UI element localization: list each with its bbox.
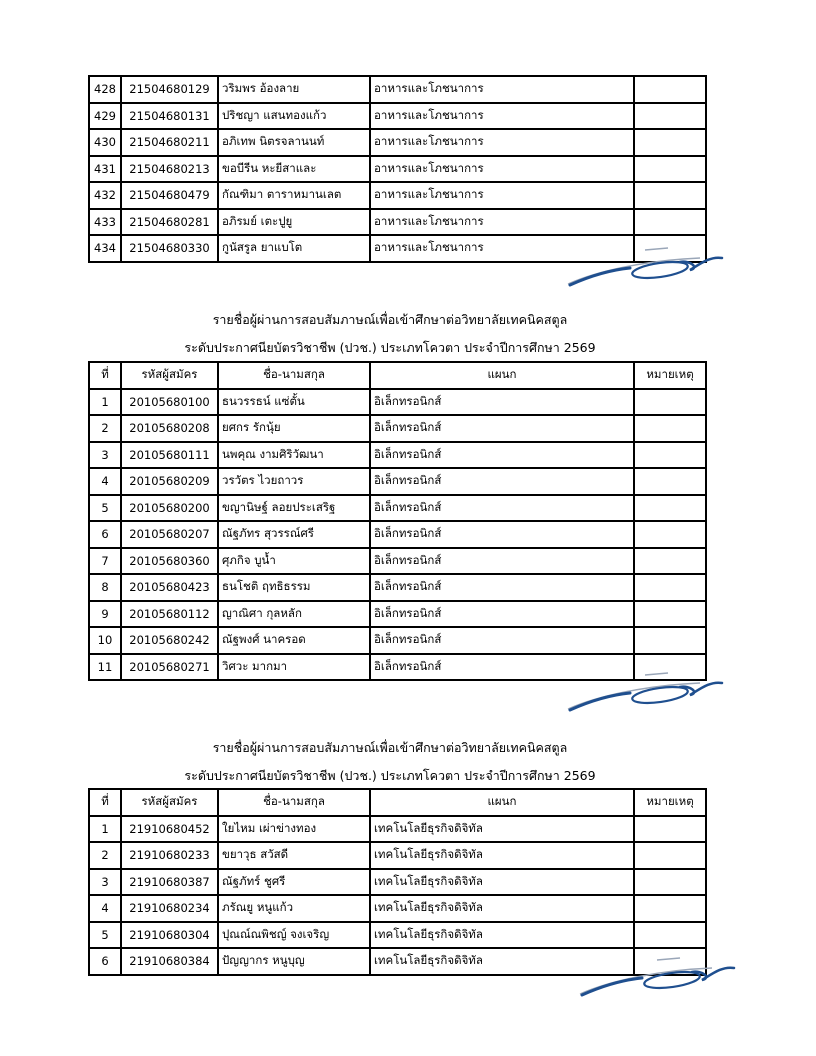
applicant-id: 21910680304 — [121, 922, 218, 949]
table-header-row: ที่ รหัสผู้สมัคร ชื่อ-นามสกุล แผนก หมายเ… — [89, 362, 706, 389]
remark — [634, 574, 706, 601]
department: อิเล็กทรอนิกส์ — [370, 627, 634, 654]
table-row: 1020105680242ณัฐพงศ์ นาครอดอิเล็กทรอนิกส… — [89, 627, 706, 654]
applicant-id: 21504680281 — [121, 209, 218, 236]
table-row: 320105680111นพคุณ งามศิริวัฒนาอิเล็กทรอน… — [89, 442, 706, 469]
applicant-name: อภิรมย์ เตะปูยู — [218, 209, 370, 236]
applicant-name: ใยไหม เผ่าข่างทอง — [218, 816, 370, 843]
table-header-row: ที่ รหัสผู้สมัคร ชื่อ-นามสกุล แผนก หมายเ… — [89, 789, 706, 816]
applicant-id: 20105680208 — [121, 415, 218, 442]
applicant-id: 21910680452 — [121, 816, 218, 843]
applicant-name: วรวัตร ไวยถาวร — [218, 468, 370, 495]
header-id: รหัสผู้สมัคร — [121, 362, 218, 389]
row-number: 1 — [89, 389, 121, 416]
applicant-id: 21504680211 — [121, 129, 218, 156]
table-row: 321910680387ณัฐภัทร์ ชูศรีเทคโนโลยีธุรกิ… — [89, 869, 706, 896]
header-note: หมายเหตุ — [634, 789, 706, 816]
header-dept: แผนก — [370, 362, 634, 389]
applicant-id: 21504680330 — [121, 235, 218, 262]
department: อาหารและโภชนาการ — [370, 103, 634, 130]
department: อาหารและโภชนาการ — [370, 209, 634, 236]
applicant-id: 20105680423 — [121, 574, 218, 601]
row-number: 3 — [89, 442, 121, 469]
department: อิเล็กทรอนิกส์ — [370, 468, 634, 495]
remark — [634, 842, 706, 869]
table-row: 920105680112ญาณิศา กุลหลักอิเล็กทรอนิกส์ — [89, 601, 706, 628]
applicant-id: 20105680242 — [121, 627, 218, 654]
applicant-name: กัณฑิมา ตาราหมานเลต — [218, 182, 370, 209]
department: เทคโนโลยีธุรกิจดิจิทัล — [370, 895, 634, 922]
department: อิเล็กทรอนิกส์ — [370, 442, 634, 469]
row-number: 6 — [89, 521, 121, 548]
department: อิเล็กทรอนิกส์ — [370, 574, 634, 601]
table-row: 820105680423ธนโชติ ฤทธิธรรมอิเล็กทรอนิกส… — [89, 574, 706, 601]
applicant-name: ศุภกิจ บูน้ำ — [218, 548, 370, 575]
applicant-name: ณัฐภัทร สุวรรณ์ศรี — [218, 521, 370, 548]
applicant-id: 20105680200 — [121, 495, 218, 522]
row-number: 8 — [89, 574, 121, 601]
applicant-name: ญาณิศา กุลหลัก — [218, 601, 370, 628]
row-number: 3 — [89, 869, 121, 896]
row-number: 5 — [89, 495, 121, 522]
applicant-id: 21504680213 — [121, 156, 218, 183]
applicant-name: อภิเทพ นิตรจลานนท์ — [218, 129, 370, 156]
remark — [634, 182, 706, 209]
remark — [634, 627, 706, 654]
applicant-name: วริมพร อ้องลาย — [218, 76, 370, 103]
remark — [634, 156, 706, 183]
department: อิเล็กทรอนิกส์ — [370, 521, 634, 548]
row-number: 2 — [89, 842, 121, 869]
applicant-name: วิศวะ มากมา — [218, 654, 370, 681]
header-no: ที่ — [89, 789, 121, 816]
signature-icon — [572, 950, 742, 1000]
applicant-name: นพคุณ งามศิริวัฒนา — [218, 442, 370, 469]
remark — [634, 548, 706, 575]
applicant-id: 20105680360 — [121, 548, 218, 575]
applicant-id: 20105680100 — [121, 389, 218, 416]
table-food-nutrition: 42821504680129วริมพร อ้องลายอาหารและโภชน… — [88, 75, 707, 263]
department: อิเล็กทรอนิกส์ — [370, 548, 634, 575]
table-digital-business: ที่ รหัสผู้สมัคร ชื่อ-นามสกุล แผนก หมายเ… — [88, 788, 707, 976]
table-row: 43121504680213ขอบีรีน หะยีสาและอาหารและโ… — [89, 156, 706, 183]
row-number: 11 — [89, 654, 121, 681]
header-name: ชื่อ-นามสกุล — [218, 362, 370, 389]
row-number: 5 — [89, 922, 121, 949]
header-name: ชื่อ-นามสกุล — [218, 789, 370, 816]
row-number: 4 — [89, 895, 121, 922]
table-body: 120105680100ธนวรรธน์ แซ่ตั้นอิเล็กทรอนิก… — [89, 389, 706, 681]
department: อิเล็กทรอนิกส์ — [370, 415, 634, 442]
section-title: รายชื่อผู้ผ่านการสอบสัมภาษณ์เพื่อเข้าศึก… — [0, 310, 780, 330]
section-title: รายชื่อผู้ผ่านการสอบสัมภาษณ์เพื่อเข้าศึก… — [0, 738, 780, 758]
header-id: รหัสผู้สมัคร — [121, 789, 218, 816]
remark — [634, 129, 706, 156]
applicant-name: ปริชญา แสนทองแก้ว — [218, 103, 370, 130]
applicant-id: 20105680112 — [121, 601, 218, 628]
department: อาหารและโภชนาการ — [370, 76, 634, 103]
remark — [634, 922, 706, 949]
table-row: 620105680207ณัฐภัทร สุวรรณ์ศรีอิเล็กทรอน… — [89, 521, 706, 548]
table-row: 720105680360ศุภกิจ บูน้ำอิเล็กทรอนิกส์ — [89, 548, 706, 575]
table-row: 220105680208ยศกร รักนุ้ยอิเล็กทรอนิกส์ — [89, 415, 706, 442]
section-subtitle: ระดับประกาศนียบัตรวิชาชีพ (ปวช.) ประเภทโ… — [0, 766, 780, 786]
table-electronics: ที่ รหัสผู้สมัคร ชื่อ-นามสกุล แผนก หมายเ… — [88, 361, 707, 681]
row-number: 2 — [89, 415, 121, 442]
row-number: 7 — [89, 548, 121, 575]
applicant-name: ภรัณยู หนูแก้ว — [218, 895, 370, 922]
signature-icon — [560, 665, 730, 715]
table-row: 421910680234ภรัณยู หนูแก้วเทคโนโลยีธุรกิ… — [89, 895, 706, 922]
remark — [634, 209, 706, 236]
table-row: 43221504680479กัณฑิมา ตาราหมานเลตอาหารแล… — [89, 182, 706, 209]
row-number: 431 — [89, 156, 121, 183]
row-number: 430 — [89, 129, 121, 156]
applicant-id: 21504680479 — [121, 182, 218, 209]
applicant-name: ขยาวุธ สวัสดี — [218, 842, 370, 869]
applicant-name: ณัฐพงศ์ นาครอด — [218, 627, 370, 654]
applicant-id: 21910680384 — [121, 948, 218, 975]
table-row: 520105680200ขญานิษฐ์ ลอยประเสริฐอิเล็กทร… — [89, 495, 706, 522]
applicant-id: 20105680207 — [121, 521, 218, 548]
applicant-id: 20105680209 — [121, 468, 218, 495]
applicant-id: 20105680271 — [121, 654, 218, 681]
applicant-name: ปัญญากร หนูบุญ — [218, 948, 370, 975]
table-row: 43321504680281อภิรมย์ เตะปูยูอาหารและโภช… — [89, 209, 706, 236]
row-number: 429 — [89, 103, 121, 130]
applicant-id: 21504680129 — [121, 76, 218, 103]
remark — [634, 103, 706, 130]
applicant-id: 20105680111 — [121, 442, 218, 469]
signature-icon — [560, 240, 730, 290]
applicant-name: กูนัสรูล ยาแบโต — [218, 235, 370, 262]
table-row: 42821504680129วริมพร อ้องลายอาหารและโภชน… — [89, 76, 706, 103]
department: อิเล็กทรอนิกส์ — [370, 601, 634, 628]
row-number: 10 — [89, 627, 121, 654]
applicant-name: ธนวรรธน์ แซ่ตั้น — [218, 389, 370, 416]
department: เทคโนโลยีธุรกิจดิจิทัล — [370, 869, 634, 896]
applicant-name: ขอบีรีน หะยีสาและ — [218, 156, 370, 183]
table-row: 42921504680131ปริชญา แสนทองแก้วอาหารและโ… — [89, 103, 706, 130]
remark — [634, 495, 706, 522]
remark — [634, 895, 706, 922]
row-number: 432 — [89, 182, 121, 209]
section-subtitle: ระดับประกาศนียบัตรวิชาชีพ (ปวช.) ประเภทโ… — [0, 338, 780, 358]
row-number: 9 — [89, 601, 121, 628]
table-row: 420105680209วรวัตร ไวยถาวรอิเล็กทรอนิกส์ — [89, 468, 706, 495]
applicant-id: 21910680387 — [121, 869, 218, 896]
department: อิเล็กทรอนิกส์ — [370, 495, 634, 522]
remark — [634, 521, 706, 548]
department: อาหารและโภชนาการ — [370, 156, 634, 183]
department: อาหารและโภชนาการ — [370, 182, 634, 209]
applicant-id: 21910680233 — [121, 842, 218, 869]
row-number: 6 — [89, 948, 121, 975]
applicant-name: ธนโชติ ฤทธิธรรม — [218, 574, 370, 601]
applicant-id: 21910680234 — [121, 895, 218, 922]
department: เทคโนโลยีธุรกิจดิจิทัล — [370, 816, 634, 843]
applicant-name: ยศกร รักนุ้ย — [218, 415, 370, 442]
applicant-id: 21504680131 — [121, 103, 218, 130]
table-row: 521910680304ปุณณ์ณพิชญ์ จงเจริญเทคโนโลยี… — [89, 922, 706, 949]
remark — [634, 76, 706, 103]
department: เทคโนโลยีธุรกิจดิจิทัล — [370, 922, 634, 949]
remark — [634, 442, 706, 469]
header-dept: แผนก — [370, 789, 634, 816]
remark — [634, 468, 706, 495]
table-row: 121910680452ใยไหม เผ่าข่างทองเทคโนโลยีธุ… — [89, 816, 706, 843]
applicant-name: ขญานิษฐ์ ลอยประเสริฐ — [218, 495, 370, 522]
remark — [634, 389, 706, 416]
applicant-name: ณัฐภัทร์ ชูศรี — [218, 869, 370, 896]
row-number: 434 — [89, 235, 121, 262]
table-row: 43021504680211อภิเทพ นิตรจลานนท์อาหารและ… — [89, 129, 706, 156]
department: อาหารและโภชนาการ — [370, 129, 634, 156]
remark — [634, 816, 706, 843]
remark — [634, 601, 706, 628]
row-number: 1 — [89, 816, 121, 843]
department: เทคโนโลยีธุรกิจดิจิทัล — [370, 842, 634, 869]
remark — [634, 415, 706, 442]
department: อิเล็กทรอนิกส์ — [370, 389, 634, 416]
table-body: 42821504680129วริมพร อ้องลายอาหารและโภชน… — [89, 76, 706, 262]
header-no: ที่ — [89, 362, 121, 389]
remark — [634, 869, 706, 896]
row-number: 4 — [89, 468, 121, 495]
row-number: 433 — [89, 209, 121, 236]
applicant-name: ปุณณ์ณพิชญ์ จงเจริญ — [218, 922, 370, 949]
table-row: 221910680233ขยาวุธ สวัสดีเทคโนโลยีธุรกิจ… — [89, 842, 706, 869]
header-note: หมายเหตุ — [634, 362, 706, 389]
row-number: 428 — [89, 76, 121, 103]
table-row: 120105680100ธนวรรธน์ แซ่ตั้นอิเล็กทรอนิก… — [89, 389, 706, 416]
